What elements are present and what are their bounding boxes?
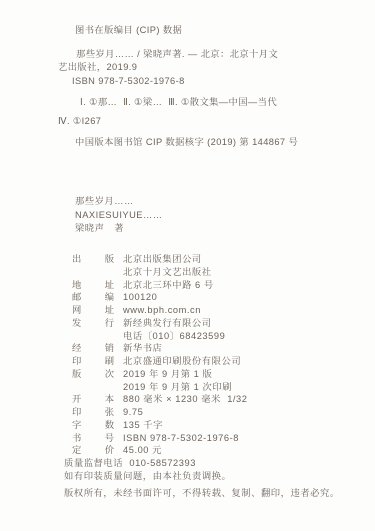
colophon-block: 出版 北京出版集团公司 北京十月文艺出版社 地址 北京北三环中路 6 号 邮编 … xyxy=(64,253,361,483)
book-copyright-page: 图书在版编目 (CIP) 数据 那些岁月…… / 梁晓声著. — 北京：北京十月… xyxy=(0,0,375,531)
colophon-row: 字数 135 千字 xyxy=(64,419,361,432)
cip-heading: 图书在版编目 (CIP) 数据 xyxy=(75,24,375,37)
colophon-row-label: 开本 xyxy=(72,393,114,406)
colophon-row-label: 邮编 xyxy=(72,291,114,304)
colophon-row: 邮编 100120 xyxy=(64,291,361,304)
cip-record-line: 中国版本图书馆 CIP 数据核字 (2019) 第 144867 号 xyxy=(75,136,375,149)
colophon-row: 经销 新华书店 xyxy=(64,342,361,355)
colophon-row: 发行 新经典发行有限公司 xyxy=(64,317,361,330)
colophon-row: 2019 年 9 月第 1 次印刷 xyxy=(64,381,361,394)
colophon-row-label: 发行 xyxy=(72,317,114,330)
colophon-row-value: 北京十月文艺出版社 xyxy=(123,266,212,279)
title-block: 那些岁月…… NAXIESUIYUE…… 梁晓声 著 xyxy=(75,195,163,236)
colophon-row-label: 印张 xyxy=(72,406,114,419)
colophon-row-label xyxy=(72,330,114,343)
copyright-notice: 版权所有，未经书面许可，不得转载、复制、翻印，违者必究。 xyxy=(64,487,365,500)
colophon-row-label xyxy=(72,266,114,279)
colophon-row-value: 2019 年 9 月第 1 版 xyxy=(123,368,212,381)
colophon-row-value: 新经典发行有限公司 xyxy=(123,317,212,330)
colophon-row: 版次 2019 年 9 月第 1 版 xyxy=(64,368,361,381)
colophon-row-value: 9.75 xyxy=(123,406,143,419)
colophon-row-value: www.bph.com.cn xyxy=(123,304,201,317)
colophon-row-label: 字数 xyxy=(72,419,114,432)
colophon-row: 书号 ISBN 978-7-5302-1976-8 xyxy=(64,432,361,445)
colophon-row-value: 北京盛通印刷股份有限公司 xyxy=(123,355,241,368)
colophon-row: 出版 北京出版集团公司 xyxy=(64,253,361,266)
cip-class-number-line: Ⅳ. ①I267 xyxy=(58,115,375,128)
cip-classification-line: Ⅰ. ①那… Ⅱ. ①梁… Ⅲ. ①散文集—中国—当代 xyxy=(80,96,375,109)
colophon-row: 北京十月文艺出版社 xyxy=(64,266,361,279)
colophon-row-label: 定价 xyxy=(72,444,114,457)
cip-entry-line-1: 那些岁月…… / 梁晓声著. — 北京：北京十月文 xyxy=(76,48,375,61)
colophon-row: 地址 北京北三环中路 6 号 xyxy=(64,279,361,292)
colophon-row-value: 880 毫米 × 1230 毫米 1/32 xyxy=(123,393,248,406)
colophon-row: 印刷 北京盛通印刷股份有限公司 xyxy=(64,355,361,368)
colophon-row: 电话〔010〕68423599 xyxy=(64,330,361,343)
book-title: 那些岁月…… xyxy=(75,195,163,209)
colophon-row-label: 版次 xyxy=(72,368,114,381)
book-title-pinyin: NAXIESUIYUE…… xyxy=(75,209,163,223)
colophon-row: 开本 880 毫米 × 1230 毫米 1/32 xyxy=(64,393,361,406)
colophon-row-value: 135 千字 xyxy=(123,419,163,432)
colophon-row-label: 经销 xyxy=(72,342,114,355)
colophon-row: 印张 9.75 xyxy=(64,406,361,419)
book-author: 梁晓声 著 xyxy=(75,222,163,236)
cip-entry-line-2: 艺出版社，2019.9 xyxy=(58,61,375,74)
colophon-row-label: 网址 xyxy=(72,304,114,317)
cip-isbn-line: ISBN 978-7-5302-1976-8 xyxy=(72,75,375,88)
colophon-row-value: 北京北三环中路 6 号 xyxy=(123,279,214,292)
colophon-row-value: 45.00 元 xyxy=(123,444,162,457)
colophon-row-value: 100120 xyxy=(123,291,157,304)
colophon-row-label: 书号 xyxy=(72,432,114,445)
colophon-row: 定价 45.00 元 xyxy=(64,444,361,457)
quality-phone-line: 质量监督电话 010-58572393 xyxy=(64,457,361,470)
colophon-row-value: 新华书店 xyxy=(123,342,162,355)
colophon-row-label xyxy=(72,381,114,394)
exchange-note-line: 如有印装质量问题，由本社负责调换。 xyxy=(64,470,361,483)
colophon-row-value: 2019 年 9 月第 1 次印刷 xyxy=(123,381,232,394)
colophon-row-label: 印刷 xyxy=(72,355,114,368)
colophon-row-label: 地址 xyxy=(72,279,114,292)
colophon-row-value: 电话〔010〕68423599 xyxy=(123,330,225,343)
colophon-row-value: ISBN 978-7-5302-1976-8 xyxy=(123,432,239,445)
colophon-row-value: 北京出版集团公司 xyxy=(123,253,202,266)
cip-block: 图书在版编目 (CIP) 数据 那些岁月…… / 梁晓声著. — 北京：北京十月… xyxy=(0,24,375,149)
colophon-row: 网址 www.bph.com.cn xyxy=(64,304,361,317)
colophon-row-label: 出版 xyxy=(72,253,114,266)
